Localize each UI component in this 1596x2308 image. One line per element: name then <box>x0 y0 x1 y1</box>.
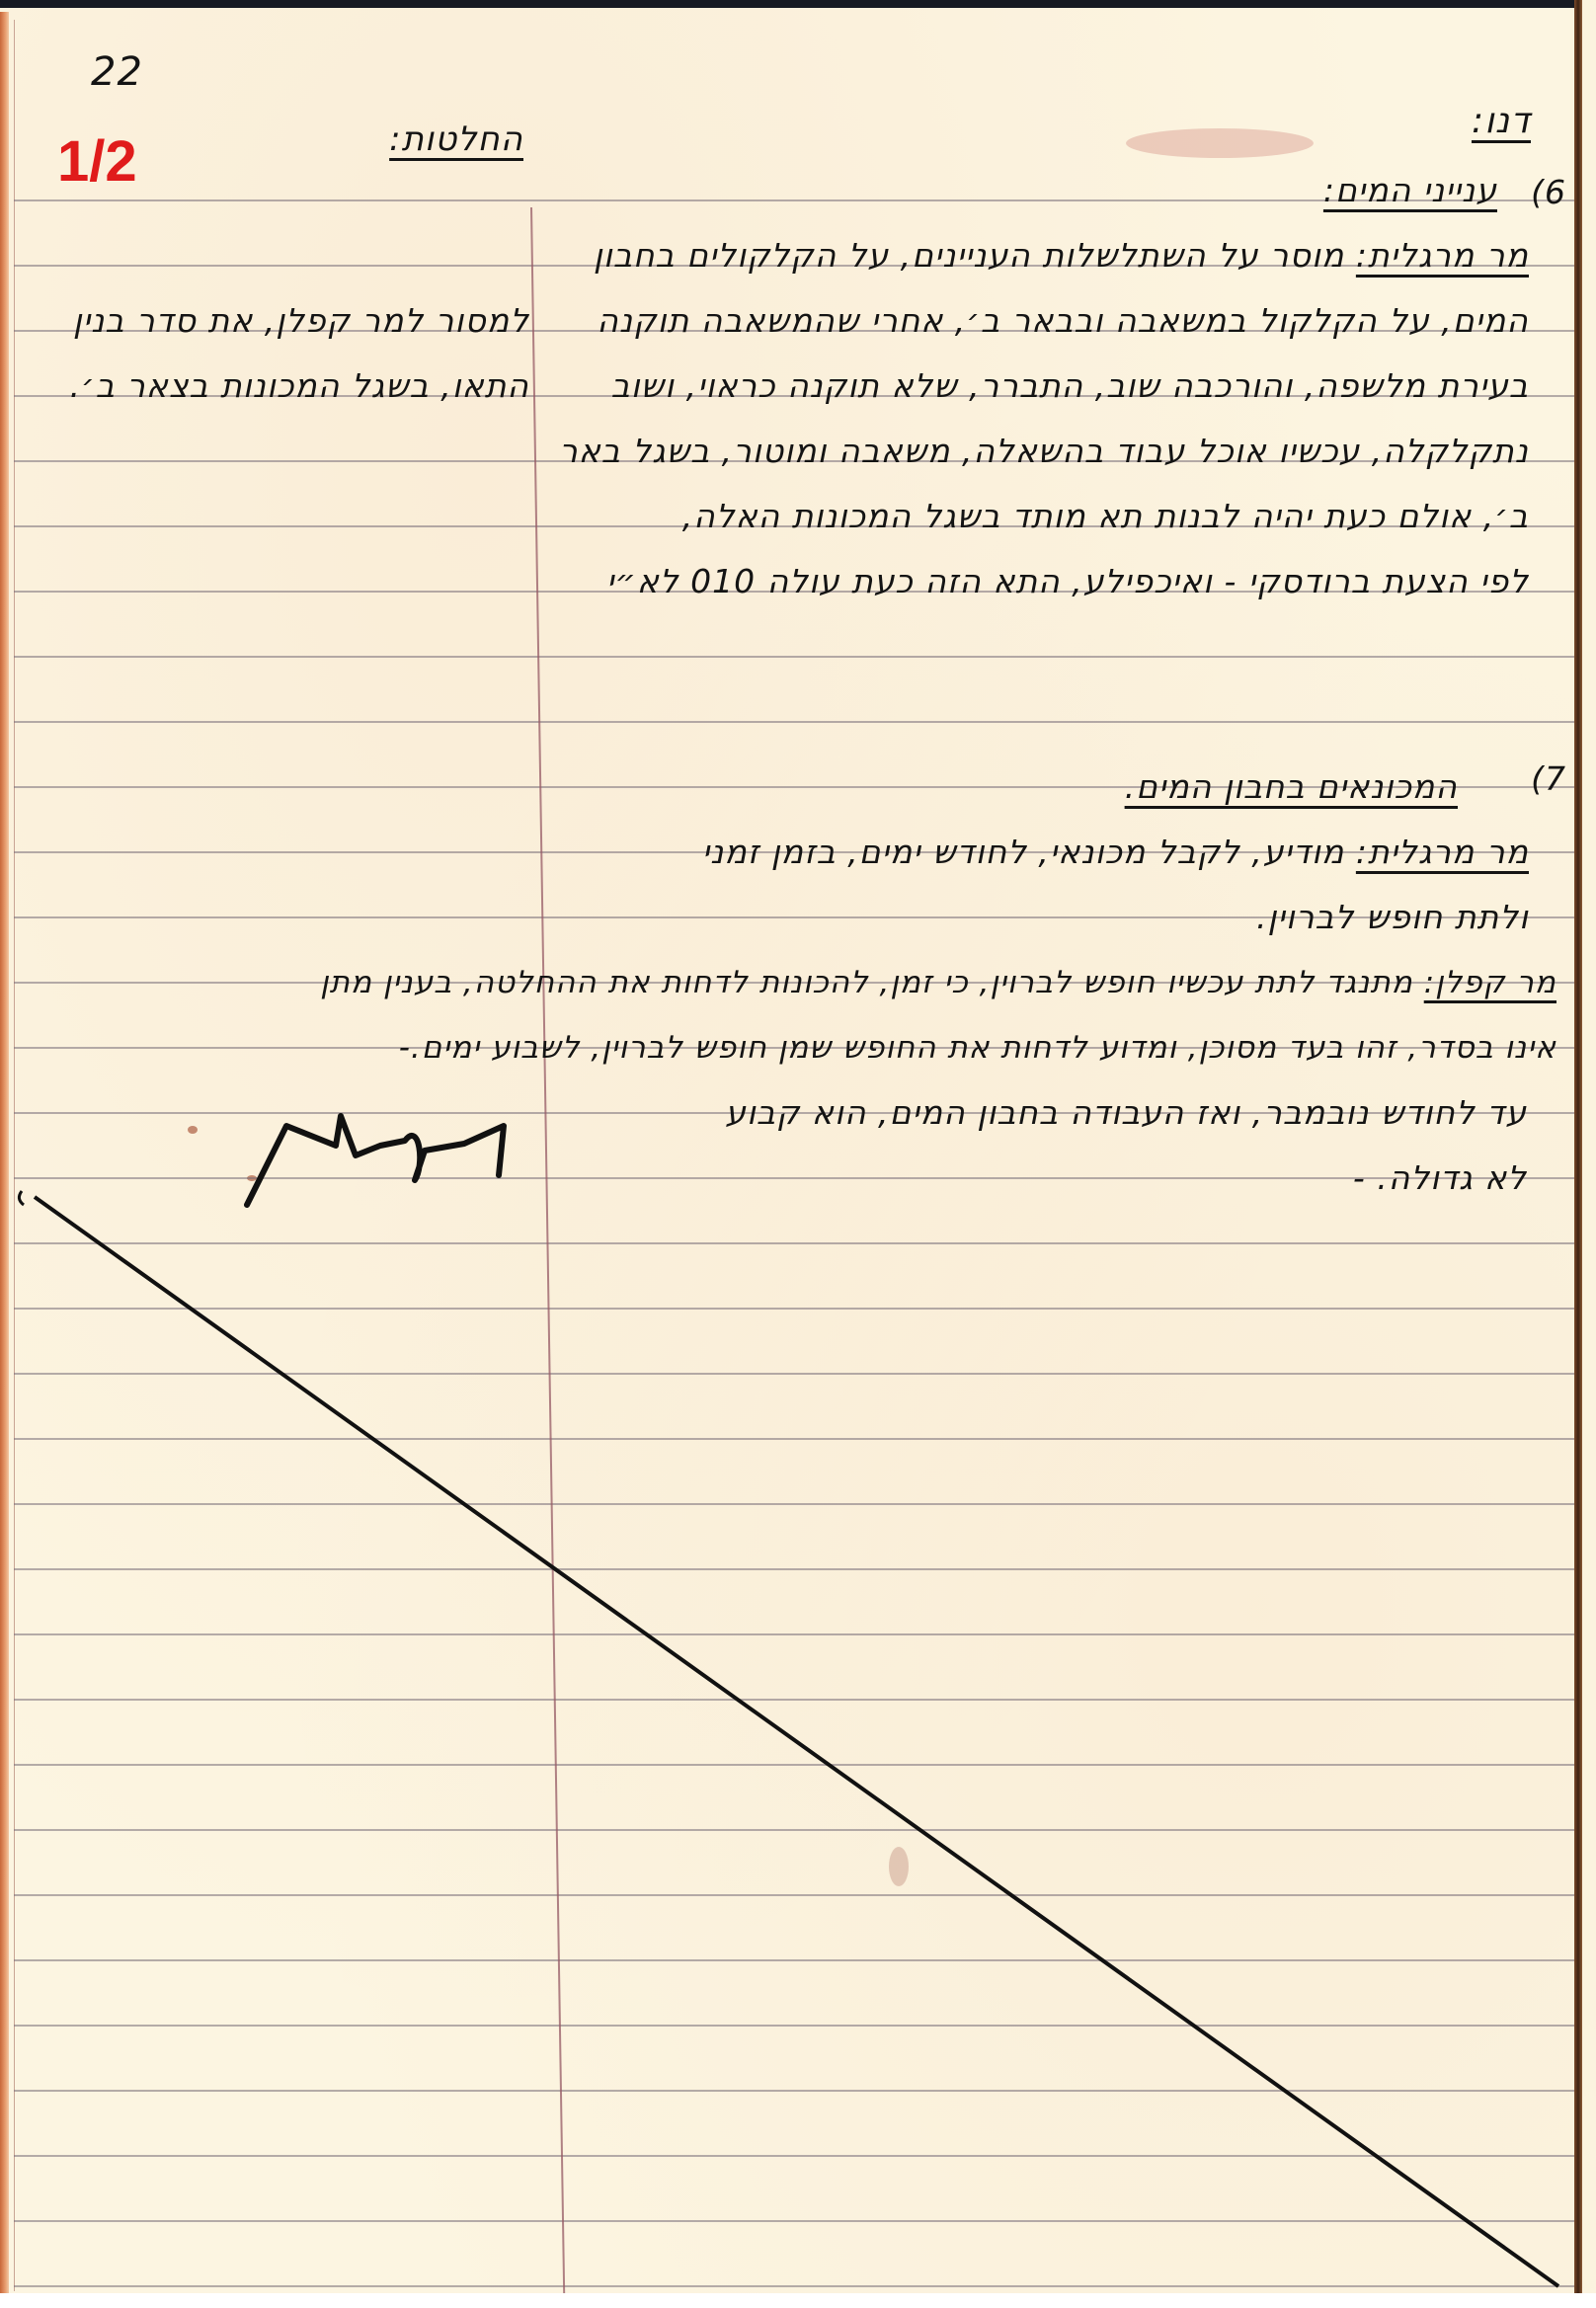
speaker-name: מר מרגלית: <box>1356 236 1529 275</box>
ruled-line <box>14 1829 1582 1831</box>
section-title: ענייני המים: <box>1323 158 1497 223</box>
scan-bottom-edge <box>0 2293 1596 2308</box>
minutes-text: מודיע, לקבל מכונאי, לחודש ימים, בזמן זמנ… <box>702 833 1345 871</box>
paper-stain <box>1126 128 1314 158</box>
minutes-line: ולתת חופש לברוין. <box>1256 885 1529 950</box>
minutes-line: ב׳, אולם כעת יהיה לבנות תא מותד בשגל המכ… <box>682 484 1529 549</box>
minutes-text: מתנגד לתת עכשיו חופש לברוין, כי זמן, להכ… <box>320 965 1413 1000</box>
minutes-line: נתקלקלה, עכשיו אוכל עבוד בהשאלה, משאבה ו… <box>559 419 1529 484</box>
ruled-line <box>14 1438 1582 1440</box>
paper-stain <box>889 1847 909 1886</box>
ruled-line <box>14 1959 1582 1961</box>
discussed-heading: דנו: <box>1472 89 1531 154</box>
minutes-line: מר מרגלית: מוסר על השתלשלות העניינים, על… <box>594 223 1529 288</box>
section-number: 7) <box>1531 747 1566 812</box>
ruled-line <box>14 1373 1582 1375</box>
speaker-name: מר מרגלית: <box>1356 833 1529 871</box>
ruled-line <box>14 1894 1582 1896</box>
minutes-line: עד לחודש נובמבר, ואז העבודה בחבון המים, … <box>725 1080 1527 1146</box>
ruled-line <box>14 1503 1582 1505</box>
ruled-line <box>14 2025 1582 2027</box>
section-number: 6) <box>1531 160 1566 225</box>
ruled-line <box>14 2090 1582 2092</box>
decision-line: התאו, בשגל המכונות בצאר ב׳. <box>70 354 530 419</box>
minutes-line: לא גדולה. - <box>1353 1146 1527 1211</box>
speaker-name: מר קפלן: <box>1424 965 1556 1000</box>
ruled-line <box>14 1764 1582 1766</box>
ruled-line <box>14 2220 1582 2222</box>
decision-line: למסור למר קפלן, את סדר בנין <box>73 288 529 354</box>
ruled-line <box>14 1633 1582 1635</box>
ruled-line <box>14 2155 1582 2157</box>
minutes-line: המים, על הקלקול במשאבה ובבאר ב׳, אחרי שה… <box>597 288 1529 354</box>
left-margin-line <box>14 20 15 2291</box>
minutes-line: בעירת מלשפה, והורכבה שוב, התברר, שלא תוק… <box>611 354 1529 419</box>
left-binding-edge <box>0 12 9 2293</box>
signature-mark <box>227 1106 553 1215</box>
section-title: המכונאים בחבון המים. <box>1125 755 1458 820</box>
right-binding-edge <box>1574 0 1582 2293</box>
minutes-line: לפי הצעת ברודסקי - ואיכפילע, התא הזה כעת… <box>606 549 1529 614</box>
minutes-text: מוסר על השתלשלות העניינים, על הקלקולים ב… <box>594 236 1344 275</box>
page-label: 1/2 <box>57 128 137 195</box>
minutes-line: מר מרגלית: מודיע, לקבל מכונאי, לחודש ימי… <box>702 820 1529 885</box>
scan-right-margin <box>1582 0 1596 2293</box>
ruled-line <box>14 1568 1582 1570</box>
corner-page-number: 22 <box>91 40 143 105</box>
scan-top-edge <box>0 0 1596 8</box>
ruled-line <box>14 1699 1582 1701</box>
paper-stain <box>188 1126 198 1134</box>
ruled-line <box>14 1308 1582 1310</box>
ruled-line <box>14 656 1582 658</box>
ruled-line <box>14 2285 1582 2287</box>
ruled-line <box>14 721 1582 723</box>
minutes-line: אינו בסדר, זהו בעד מסוכן, ומדוע לדחות את… <box>399 1015 1556 1080</box>
ruled-line <box>14 1242 1582 1244</box>
minutes-line: מר קפלן: מתנגד לתת עכשיו חופש לברוין, כי… <box>320 950 1556 1015</box>
decisions-heading: החלטות: <box>389 107 523 172</box>
